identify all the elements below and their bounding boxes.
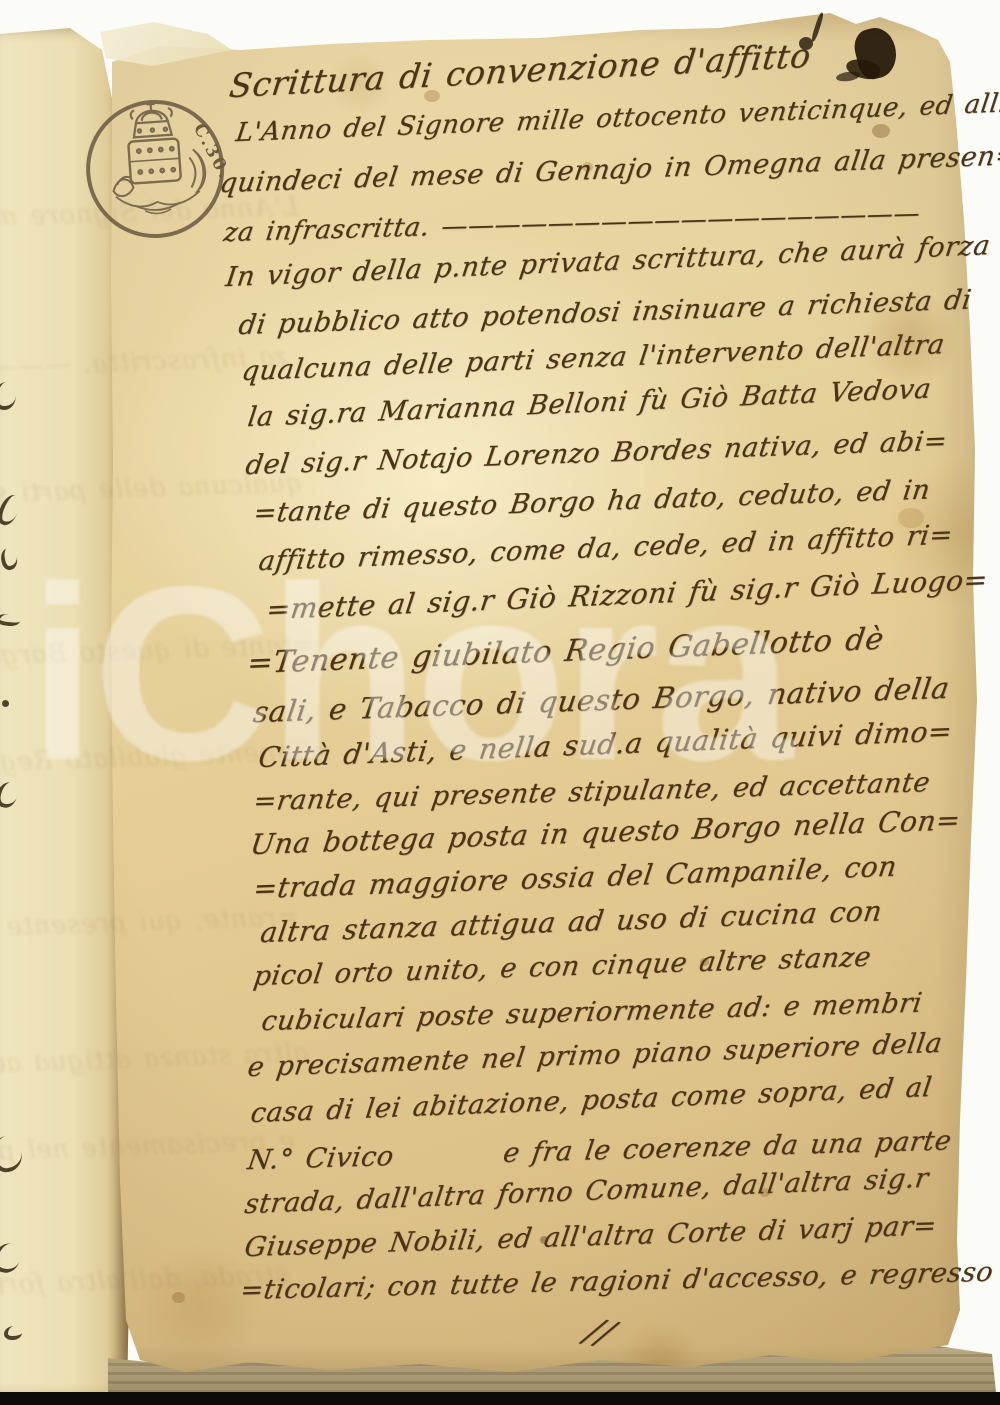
shield-icon xyxy=(128,138,181,183)
paper-stain xyxy=(872,124,890,138)
revenue-stamp: C.30. xyxy=(67,84,243,249)
paper-stain xyxy=(172,1292,185,1303)
scanned-manuscript-page: L'Anno del Signore mille ottocento venti… xyxy=(0,0,1000,1405)
ink-fragment xyxy=(2,700,9,707)
scanner-background-strip xyxy=(0,1392,1000,1405)
